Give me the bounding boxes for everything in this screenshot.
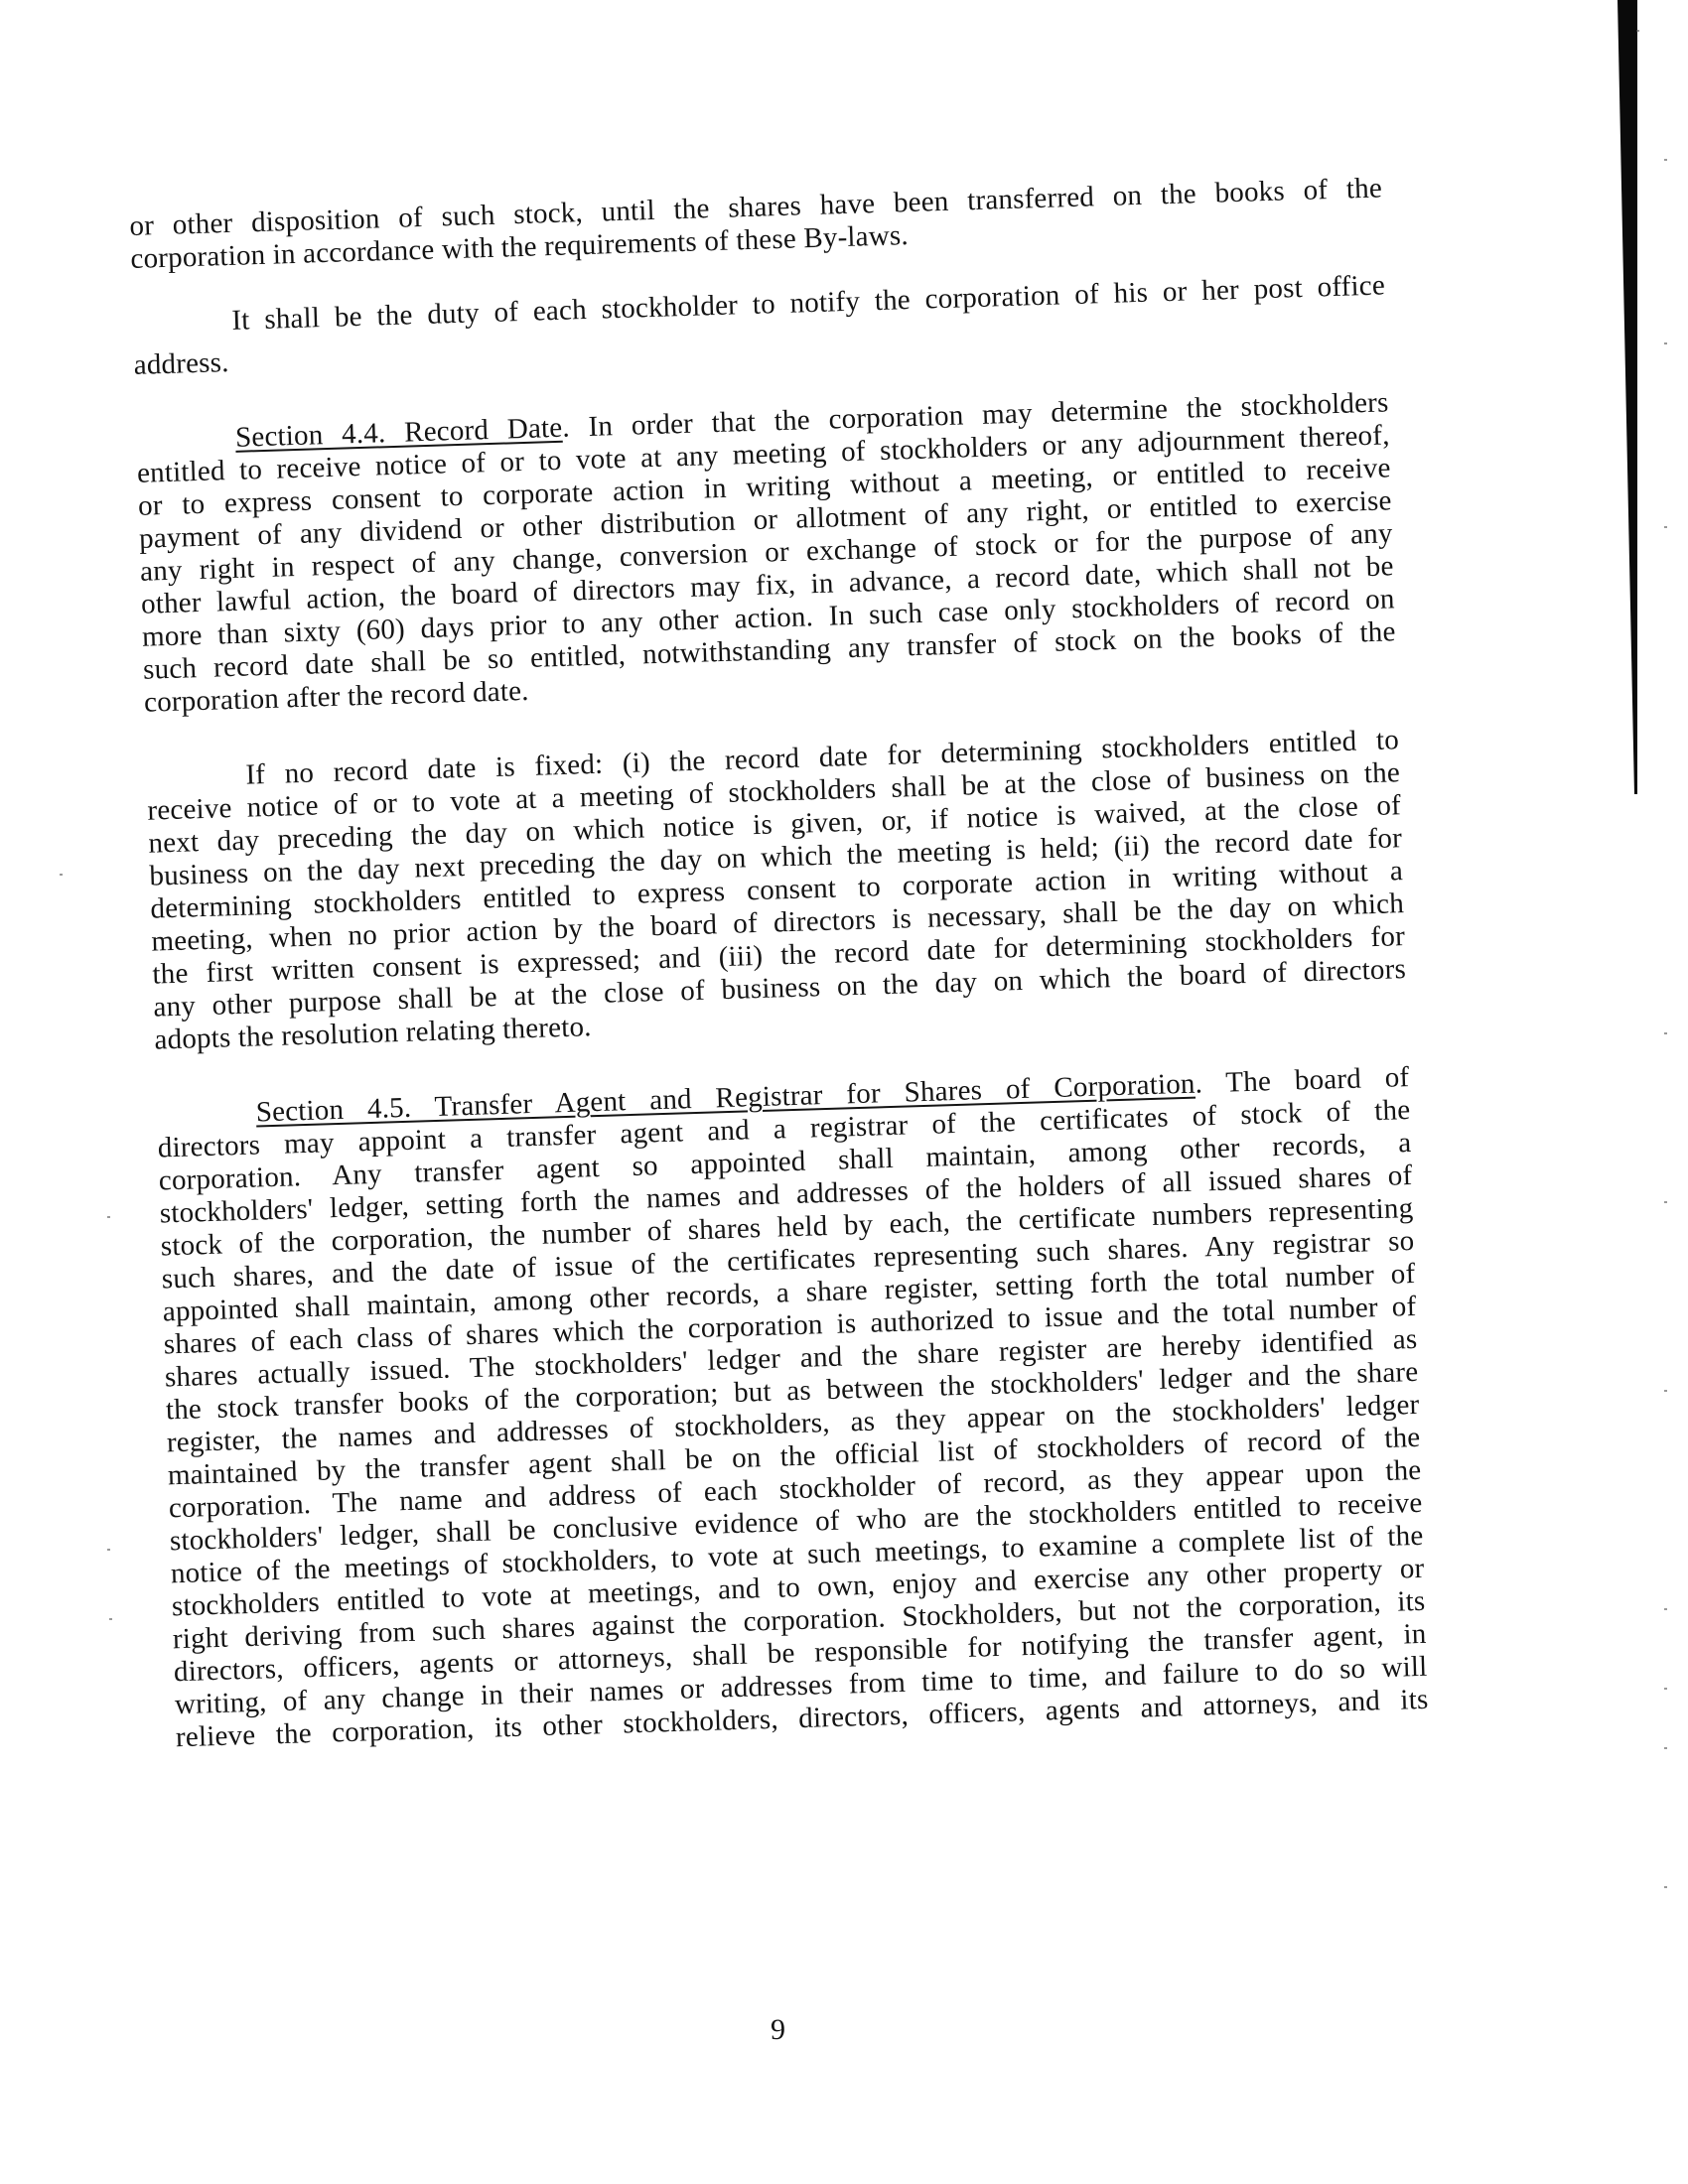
scanned-document-page: or other disposition of such stock, unti…: [0, 0, 1688, 2184]
scan-speck: [1664, 1201, 1667, 1203]
scan-speck: [1664, 1608, 1667, 1610]
scan-speck: [109, 1618, 112, 1620]
scan-speck: [107, 1216, 110, 1218]
scan-speck: [1664, 342, 1667, 344]
scan-speck: [107, 1549, 110, 1551]
scan-speck: [1664, 1032, 1667, 1034]
scan-speck: [1664, 159, 1667, 161]
page-number: 9: [771, 2013, 785, 2047]
scan-speck: [1664, 1886, 1667, 1888]
scan-speck: [1664, 1390, 1667, 1392]
scan-speck: [60, 874, 63, 876]
scan-speck: [1664, 1747, 1667, 1749]
scan-speck: [1664, 1688, 1667, 1690]
heading-suffix-text: . The board of: [1195, 1061, 1410, 1100]
document-body: or other disposition of such stock, unti…: [129, 172, 1381, 210]
scan-speck: [1636, 30, 1639, 32]
scan-edge-shadow: [1618, 0, 1637, 794]
scan-speck: [1664, 526, 1667, 528]
